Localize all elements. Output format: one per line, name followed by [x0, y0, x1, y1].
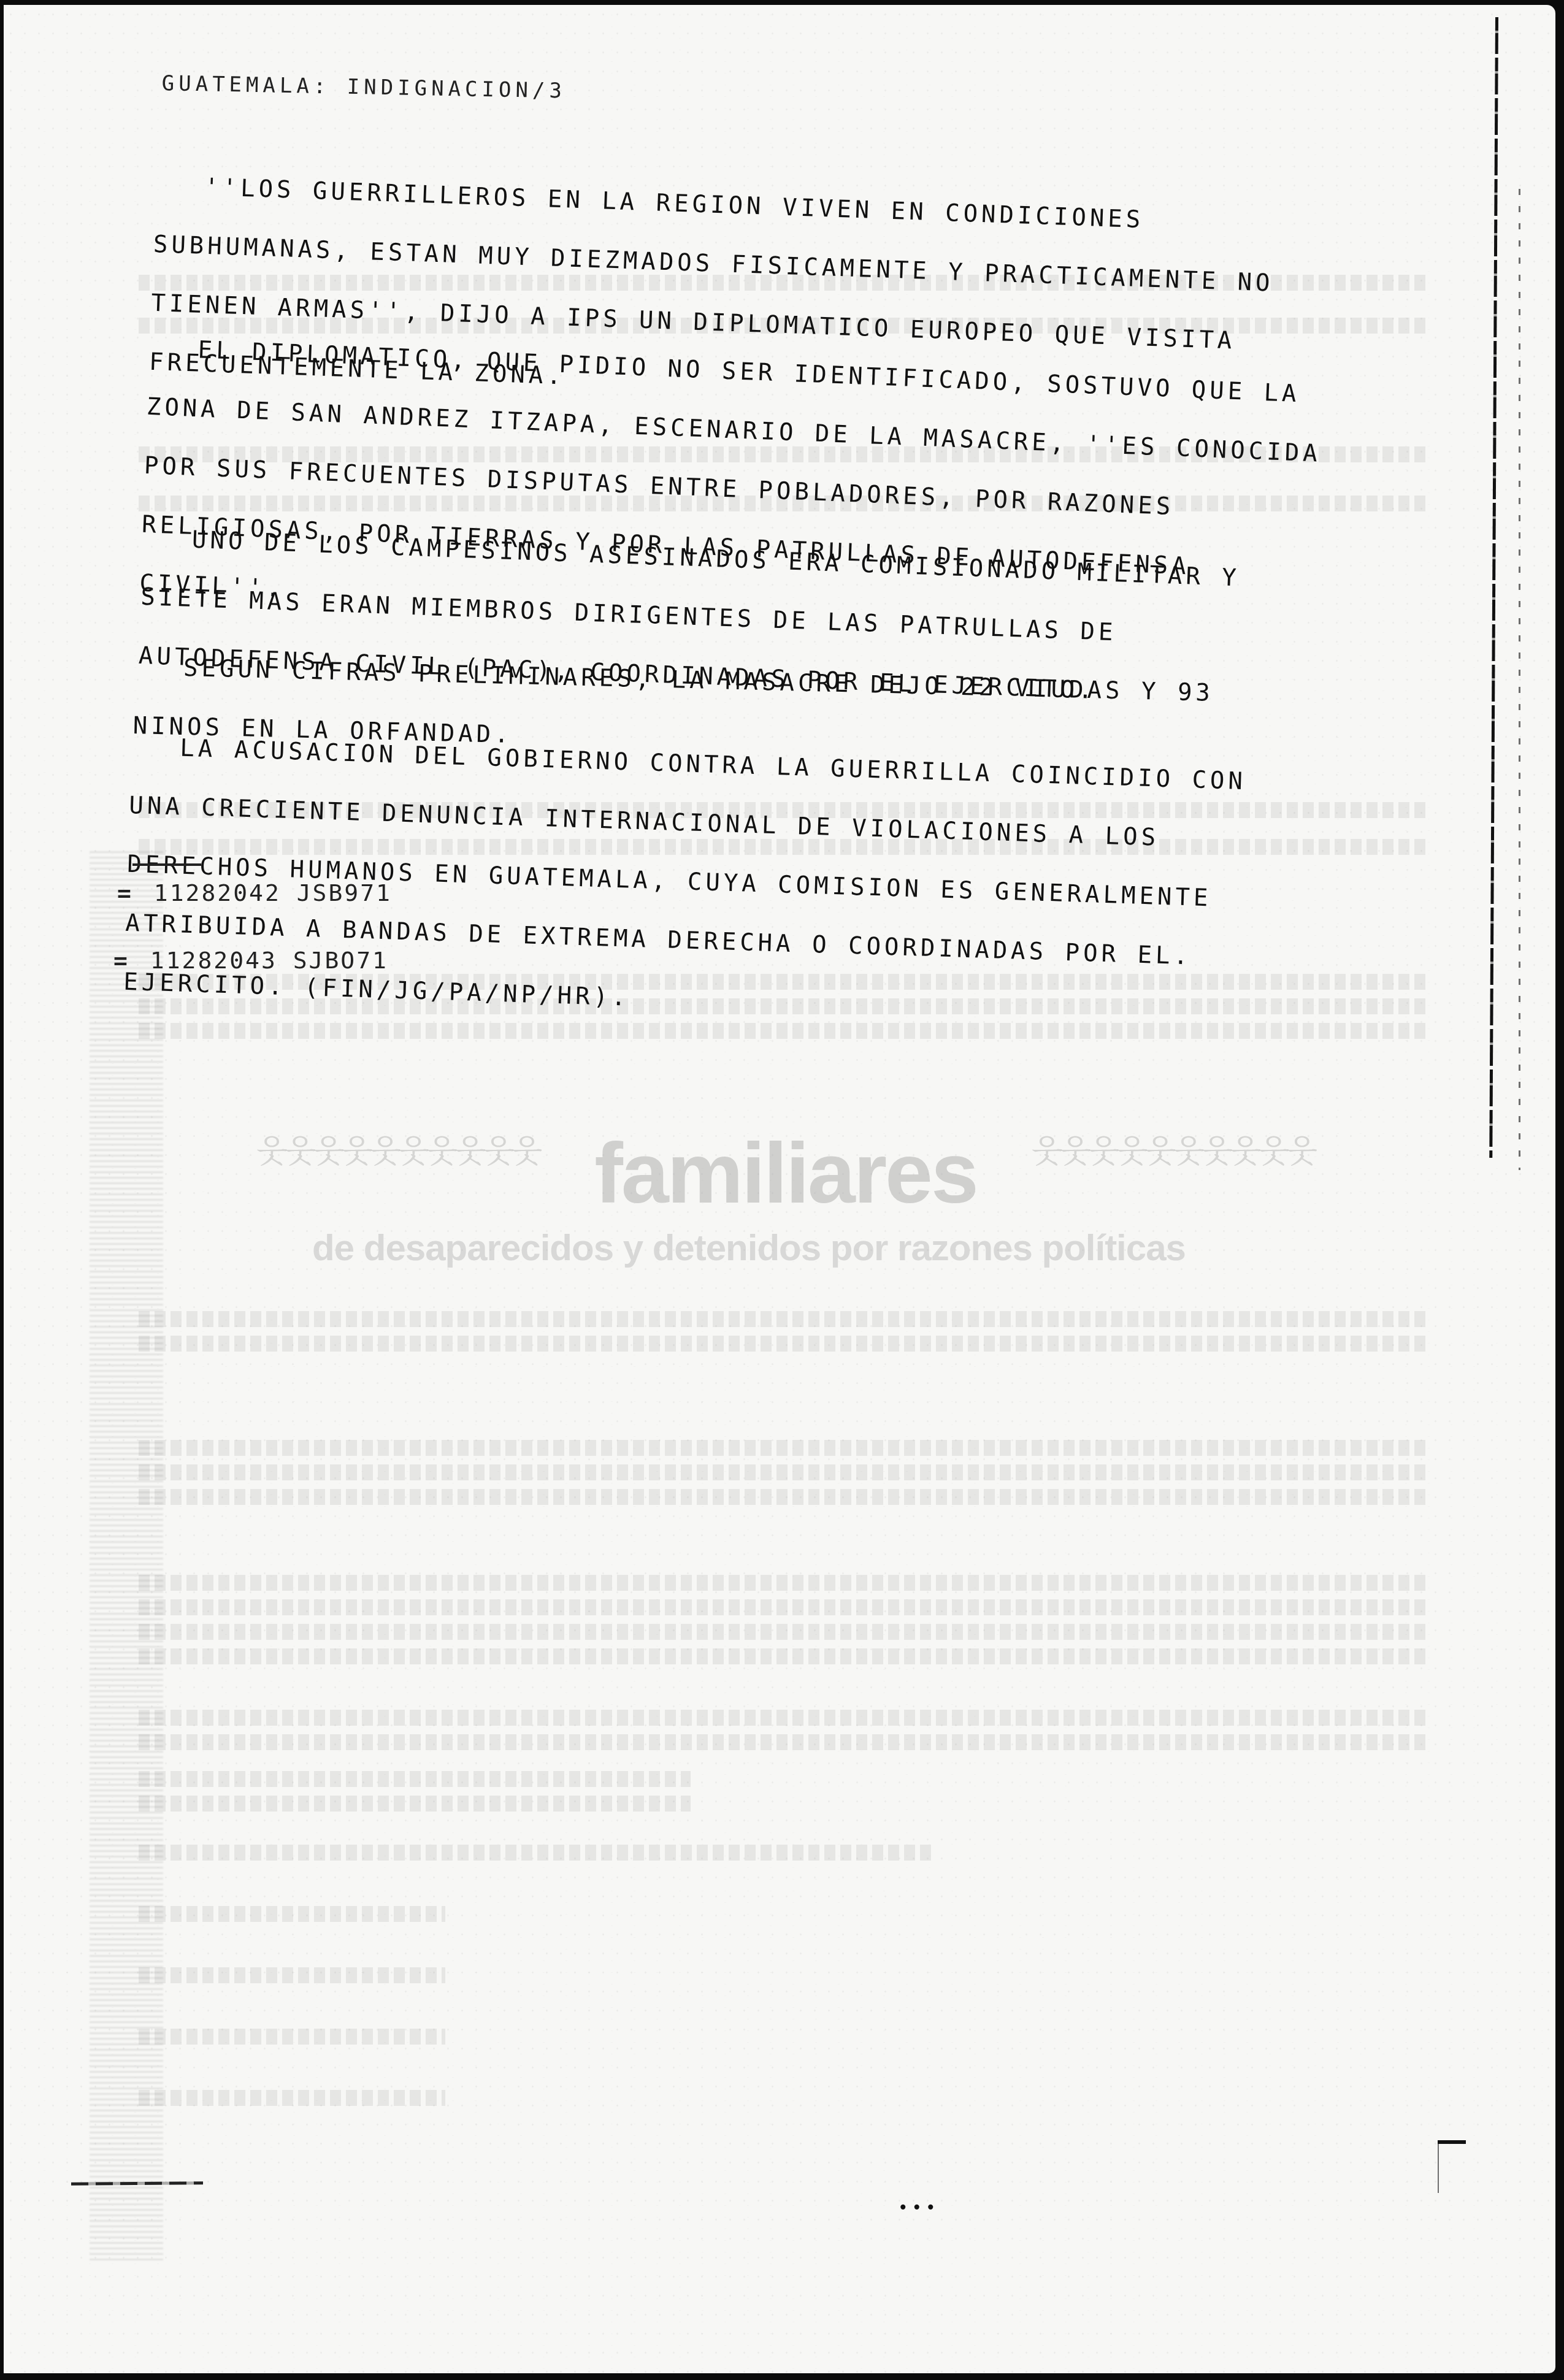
bleed-through-line: [139, 1967, 445, 1983]
right-margin-rule: [1489, 17, 1498, 1158]
ref-prefix: =: [113, 947, 129, 974]
transmission-ref: = 11282042 JSB971: [117, 881, 392, 948]
ref-number: 11282042: [154, 879, 281, 906]
left-margin-smudge: [90, 851, 163, 2262]
bleed-through-line: [139, 1648, 1427, 1664]
right-margin-rule-faint: [1519, 189, 1520, 1170]
bleed-through-line: [139, 1710, 1427, 1726]
bleed-through-line: [139, 1336, 1427, 1352]
ref-code: SJBO71: [293, 947, 388, 974]
text-line: EL DIPLOMATICO, QUE PIDIO NO SER IDENTIF…: [148, 339, 1324, 405]
scanned-page: GUATEMALA: INDIGNACION/3 ''LOS GUERRILLE…: [4, 5, 1555, 2373]
bleed-through-line: [139, 1599, 1427, 1615]
bleed-through-line: [139, 1906, 445, 1922]
transmission-refs: = 11282042 JSB971 = 11282043 SJBO71: [117, 881, 392, 1016]
bleed-through-line: [139, 1624, 1427, 1640]
bleed-through-line: [139, 1771, 691, 1787]
bleed-through-line: [139, 1575, 1427, 1591]
bleed-through-line: [139, 1440, 1427, 1456]
ref-code: JSB971: [297, 879, 392, 906]
corner-crop-mark: [1438, 2140, 1466, 2144]
bleed-through-line: [139, 1489, 1427, 1505]
story-slug: GUATEMALA: INDIGNACION/3: [161, 74, 566, 101]
corner-crop-mark-vertical: [1438, 2144, 1439, 2193]
text-line: UNA CRECIENTE DENUNCIA INTERNACIONAL DE …: [129, 796, 1244, 851]
end-of-story-rule: [132, 863, 201, 866]
ink-speck-marks: •••: [898, 2197, 940, 2217]
watermark-subtitle: de desaparecidos y detenidos por razones…: [22, 1226, 1476, 1269]
bleed-through-line: [139, 1734, 1427, 1750]
bleed-through-line: [139, 2090, 445, 2106]
watermark-title: familiares: [594, 1127, 977, 1219]
familiares-watermark: 웃웃웃웃웃웃웃웃웃웃 familiares 웃웃웃웃웃웃웃웃웃웃 de desa…: [96, 1127, 1476, 1287]
people-chain-icon: 웃웃웃웃웃웃웃웃웃웃: [983, 1133, 1363, 1213]
people-chain-icon: 웃웃웃웃웃웃웃웃웃웃: [208, 1133, 588, 1213]
ref-prefix: =: [117, 879, 133, 906]
text-line: SEGUN CIFRAS PRELIMINARES, LA MASACRE DE…: [134, 657, 1214, 703]
text-line: UNO DE LOS CAMPESINOS ASESINADOS ERA COM…: [142, 529, 1240, 589]
text-line: ''LOS GUERRILLEROS EN LA REGION VIVEN EN…: [155, 176, 1276, 235]
bleed-through-line: [139, 1464, 1427, 1480]
bleed-through-line: [139, 1796, 691, 1812]
text-line: SUBHUMANAS, ESTAN MUY DIEZMADOS FISICAME…: [153, 235, 1274, 294]
bleed-through-line: [139, 2029, 445, 2045]
bleed-through-line: [139, 1311, 1427, 1327]
bottom-scribble-mark: [71, 2181, 203, 2186]
ref-number: 11282043: [150, 947, 277, 974]
bleed-through-line: [139, 1845, 936, 1861]
text-line: LA ACUSACION DEL GOBIERNO CONTRA LA GUER…: [131, 737, 1246, 792]
text-line: ZONA DE SAN ANDREZ ITZAPA, ESCENARIO DE …: [146, 397, 1321, 464]
transmission-ref: = 11282043 SJBO71: [113, 948, 392, 1016]
